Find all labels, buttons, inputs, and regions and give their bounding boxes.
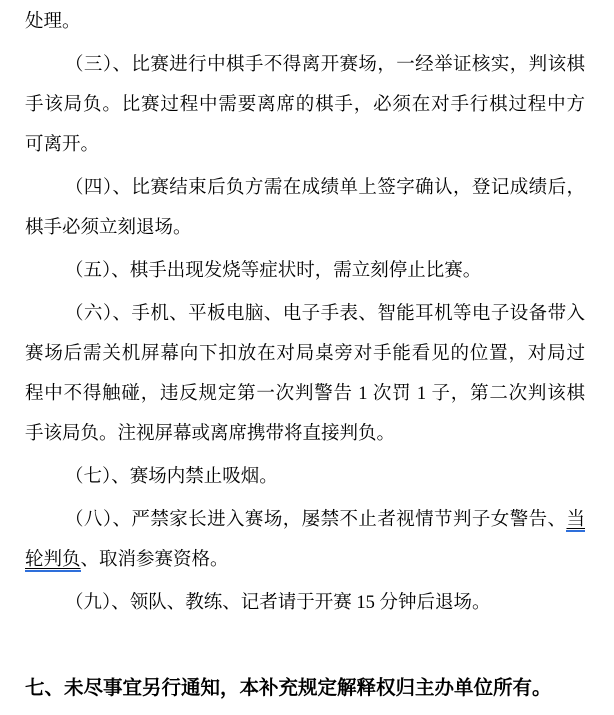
text-run: 处理。	[25, 12, 81, 32]
text-run: 、取消参赛资格。	[81, 550, 229, 570]
text-line: 轮判负、取消参赛资格。	[25, 540, 585, 580]
text-run: 手该局负。比赛过程中需要离席的棋手，必须在对手行棋过程中方	[25, 95, 585, 115]
paragraph: （五）、棋手出现发烧等症状时，需立刻停止比赛。	[25, 251, 585, 291]
text-run: 七、未尽事宜另行通知，本补充规定解释权归主办单位所有。	[25, 678, 552, 699]
text-line: 手该局负。比赛过程中需要离席的棋手，必须在对手行棋过程中方	[25, 85, 585, 125]
text-line: （三）、比赛进行中棋手不得离开赛场，一经举证核实，判该棋	[25, 45, 585, 85]
text-line: 赛场后需关机屏幕向下扣放在对局桌旁对手能看见的位置，对局过	[25, 334, 585, 374]
paragraph	[25, 626, 585, 666]
text-run: （五）、棋手出现发烧等症状时，需立刻停止比赛。	[65, 261, 481, 281]
text-line: 处理。	[25, 2, 585, 42]
paragraph: （三）、比赛进行中棋手不得离开赛场，一经举证核实，判该棋手该局负。比赛过程中需要…	[25, 45, 585, 165]
text-line: （九）、领队、教练、记者请于开赛 15 分钟后退场。	[25, 583, 585, 623]
blank-line	[25, 626, 585, 666]
underlined-text-run: 轮判负	[25, 550, 81, 572]
text-run: 棋手必须立刻退场。	[25, 218, 192, 238]
text-run: （九）、领队、教练、记者请于开赛 15 分钟后退场。	[65, 593, 491, 613]
text-run: （七）、赛场内禁止吸烟。	[65, 467, 278, 487]
text-line: （五）、棋手出现发烧等症状时，需立刻停止比赛。	[25, 251, 585, 291]
paragraph: 七、未尽事宜另行通知，本补充规定解释权归主办单位所有。	[25, 669, 585, 709]
text-run: （三）、比赛进行中棋手不得离开赛场，一经举证核实，判该棋	[65, 55, 585, 75]
text-line: 程中不得触碰，违反规定第一次判警告 1 次罚 1 子，第二次判该棋	[25, 374, 585, 414]
text-line: 棋手必须立刻退场。	[25, 208, 585, 248]
text-line: （八）、严禁家长进入赛场，屡禁不止者视情节判子女警告、当	[25, 500, 585, 540]
paragraph: 处理。	[25, 2, 585, 42]
underlined-text-run: 当	[566, 510, 585, 532]
text-run: 程中不得触碰，违反规定第一次判警告 1 次罚 1 子，第二次判该棋	[25, 384, 585, 404]
text-line: （六）、手机、平板电脑、电子手表、智能耳机等电子设备带入	[25, 294, 585, 334]
text-run: （八）、严禁家长进入赛场，屡禁不止者视情节判子女警告、	[65, 510, 566, 530]
text-line: （七）、赛场内禁止吸烟。	[25, 457, 585, 497]
text-line: （四）、比赛结束后负方需在成绩单上签字确认，登记成绩后，	[25, 168, 585, 208]
paragraph: （七）、赛场内禁止吸烟。	[25, 457, 585, 497]
text-run: （四）、比赛结束后负方需在成绩单上签字确认，登记成绩后，	[65, 178, 585, 198]
text-run: （六）、手机、平板电脑、电子手表、智能耳机等电子设备带入	[65, 304, 585, 324]
paragraph: （四）、比赛结束后负方需在成绩单上签字确认，登记成绩后，棋手必须立刻退场。	[25, 168, 585, 248]
text-line: 手该局负。注视屏幕或离席携带将直接判负。	[25, 414, 585, 454]
text-line: 七、未尽事宜另行通知，本补充规定解释权归主办单位所有。	[25, 669, 585, 709]
paragraph: （九）、领队、教练、记者请于开赛 15 分钟后退场。	[25, 583, 585, 623]
text-run: 赛场后需关机屏幕向下扣放在对局桌旁对手能看见的位置，对局过	[25, 344, 585, 364]
paragraph: （六）、手机、平板电脑、电子手表、智能耳机等电子设备带入赛场后需关机屏幕向下扣放…	[25, 294, 585, 454]
paragraph: （八）、严禁家长进入赛场，屡禁不止者视情节判子女警告、当轮判负、取消参赛资格。	[25, 500, 585, 580]
text-line: 可离开。	[25, 125, 585, 165]
text-run: 手该局负。注视屏幕或离席携带将直接判负。	[25, 424, 395, 444]
text-run: 可离开。	[25, 135, 99, 155]
document-page: 处理。（三）、比赛进行中棋手不得离开赛场，一经举证核实，判该棋手该局负。比赛过程…	[0, 0, 614, 709]
